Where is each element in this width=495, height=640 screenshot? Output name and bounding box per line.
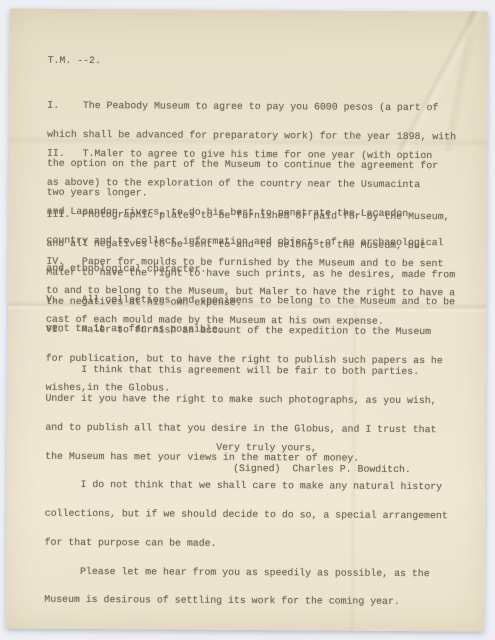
letter-line: as above) to the exploration of the coun… <box>47 178 444 190</box>
letter-line: and to publish all that you desire in th… <box>45 423 448 435</box>
letter-line: Under it you have the right to make such… <box>45 394 448 406</box>
letter-line: VI. Maler to furnish an account of the e… <box>46 325 443 337</box>
signature-line: (Signed) Charles P. Bowditch. <box>233 464 411 475</box>
letter-page: T.M. --2. I. The Peabody Museum to agree… <box>6 9 488 632</box>
page-number-label: T.M. --2. <box>48 56 101 66</box>
letter-line: the Museum has met your views in the mat… <box>45 451 448 463</box>
letter-line: IV. Paper for moulds to be furnished by … <box>46 257 455 269</box>
scanned-letter-photo: T.M. --2. I. The Peabody Museum to agree… <box>0 0 495 640</box>
valediction: Very truly yours, <box>216 443 317 453</box>
letter-line: Museum is desirous of settling its work … <box>44 595 447 607</box>
letter-line: Please let me hear from you as speedily … <box>44 566 447 578</box>
letter-line: for that purpose can be made. <box>45 538 448 550</box>
closing-paragraphs: I think that this agreement will be fair… <box>44 346 449 627</box>
letter-line: collections, but if we should decide to … <box>45 509 448 521</box>
letter-line: I do not think that we shall care to mak… <box>45 480 448 492</box>
letter-line: I. The Peabody Museum to agree to pay yo… <box>47 101 456 113</box>
letter-line: III. Photographic plates to be furnished… <box>47 210 456 222</box>
letter-line: I think that this agreement will be fair… <box>46 365 449 377</box>
letter-line: II. T.Maler to agree to give his time fo… <box>47 149 444 161</box>
